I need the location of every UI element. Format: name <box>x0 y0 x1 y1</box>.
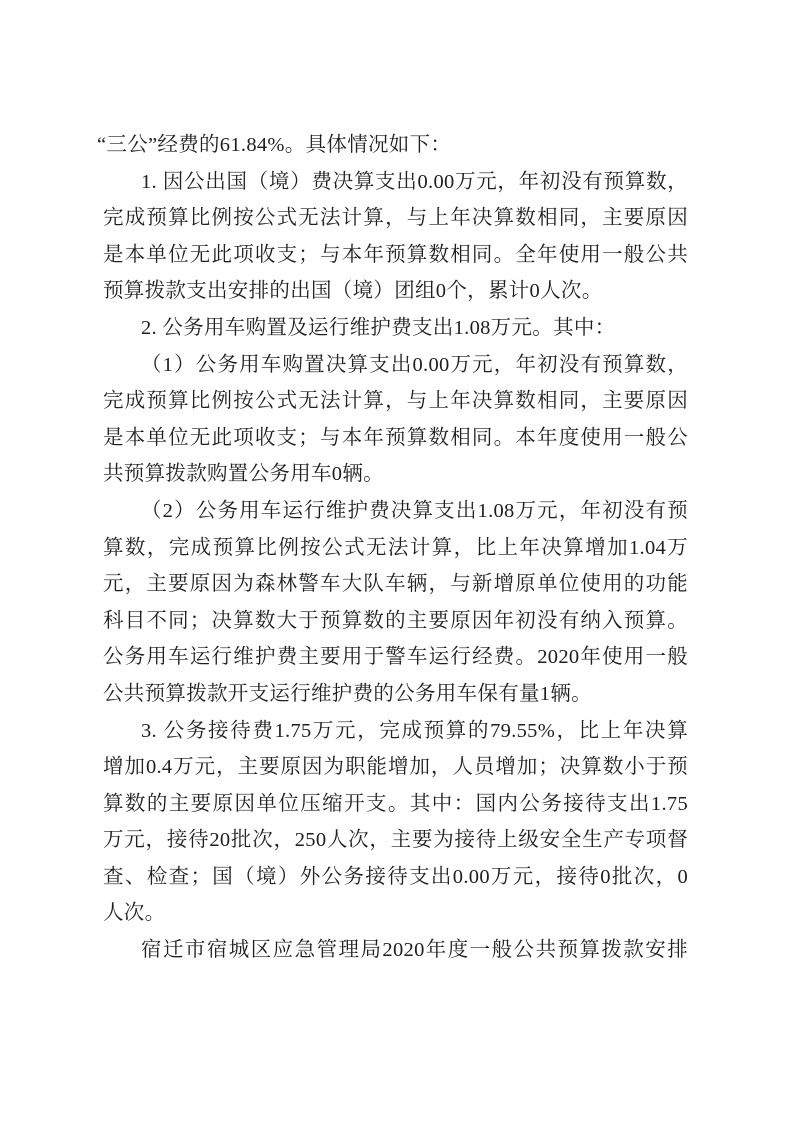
text-line: 人次。 <box>103 895 688 932</box>
text-line: （1）公务用车购置决算支出0.00万元，年初没有预算数， <box>103 347 688 384</box>
text-line: 完成预算比例按公式无法计算，与上年决算数相同，主要原因 <box>103 200 688 237</box>
text-line: 预算拨款支出安排的出国（境）团组0个，累计0人次。 <box>103 273 688 310</box>
paragraph: “三公”经费的61.84%。具体情况如下： <box>103 127 688 164</box>
text-line: 公务用车运行维护费主要用于警车运行经费。2020年使用一般 <box>103 639 688 676</box>
paragraph: （2）公务用车运行维护费决算支出1.08万元，年初没有预 算数，完成预算比例按公… <box>103 493 688 713</box>
text-line: 2. 公务用车购置及运行维护费支出1.08万元。其中： <box>103 310 688 347</box>
text-line: 是本单位无此项收支；与本年预算数相同。全年使用一般公共 <box>103 237 688 274</box>
text-line: 宿迁市宿城区应急管理局2020年度一般公共预算拨款安排 <box>103 932 688 969</box>
text-line: 3. 公务接待费1.75万元，完成预算的79.55%，比上年决算 <box>103 713 688 750</box>
text-line: 公共预算拨款开支运行维护费的公务用车保有量1辆。 <box>103 676 688 713</box>
text-line: 共预算拨款购置公务用车0辆。 <box>103 456 688 493</box>
text-line: （2）公务用车运行维护费决算支出1.08万元，年初没有预 <box>103 493 688 530</box>
text-line: 查、检查；国（境）外公务接待支出0.00万元，接待0批次，0 <box>103 859 688 896</box>
text-line: 科目不同；决算数大于预算数的主要原因年初没有纳入预算。 <box>103 603 688 640</box>
text-line: 是本单位无此项收支；与本年预算数相同。本年度使用一般公 <box>103 420 688 457</box>
text-line: 万元，接待20批次，250人次，主要为接待上级安全生产专项督 <box>103 822 688 859</box>
paragraph: 2. 公务用车购置及运行维护费支出1.08万元。其中： <box>103 310 688 347</box>
text-line: 增加0.4万元，主要原因为职能增加，人员增加；决算数小于预 <box>103 749 688 786</box>
text-line: 完成预算比例按公式无法计算，与上年决算数相同，主要原因 <box>103 383 688 420</box>
text-line: 算数，完成预算比例按公式无法计算，比上年决算增加1.04万 <box>103 530 688 567</box>
text-line: 算数的主要原因单位压缩开支。其中：国内公务接待支出1.75 <box>103 786 688 823</box>
document-page: “三公”经费的61.84%。具体情况如下： 1. 因公出国（境）费决算支出0.0… <box>0 0 793 1122</box>
text-line: 元，主要原因为森林警车大队车辆，与新增原单位使用的功能 <box>103 566 688 603</box>
text-line: 1. 因公出国（境）费决算支出0.00万元，年初没有预算数， <box>103 164 688 201</box>
paragraph: 宿迁市宿城区应急管理局2020年度一般公共预算拨款安排 <box>103 932 688 969</box>
text-block: “三公”经费的61.84%。具体情况如下： 1. 因公出国（境）费决算支出0.0… <box>103 127 688 969</box>
text-line: “三公”经费的61.84%。具体情况如下： <box>97 127 688 164</box>
paragraph: 3. 公务接待费1.75万元，完成预算的79.55%，比上年决算 增加0.4万元… <box>103 713 688 933</box>
paragraph: （1）公务用车购置决算支出0.00万元，年初没有预算数， 完成预算比例按公式无法… <box>103 347 688 493</box>
paragraph: 1. 因公出国（境）费决算支出0.00万元，年初没有预算数， 完成预算比例按公式… <box>103 164 688 310</box>
